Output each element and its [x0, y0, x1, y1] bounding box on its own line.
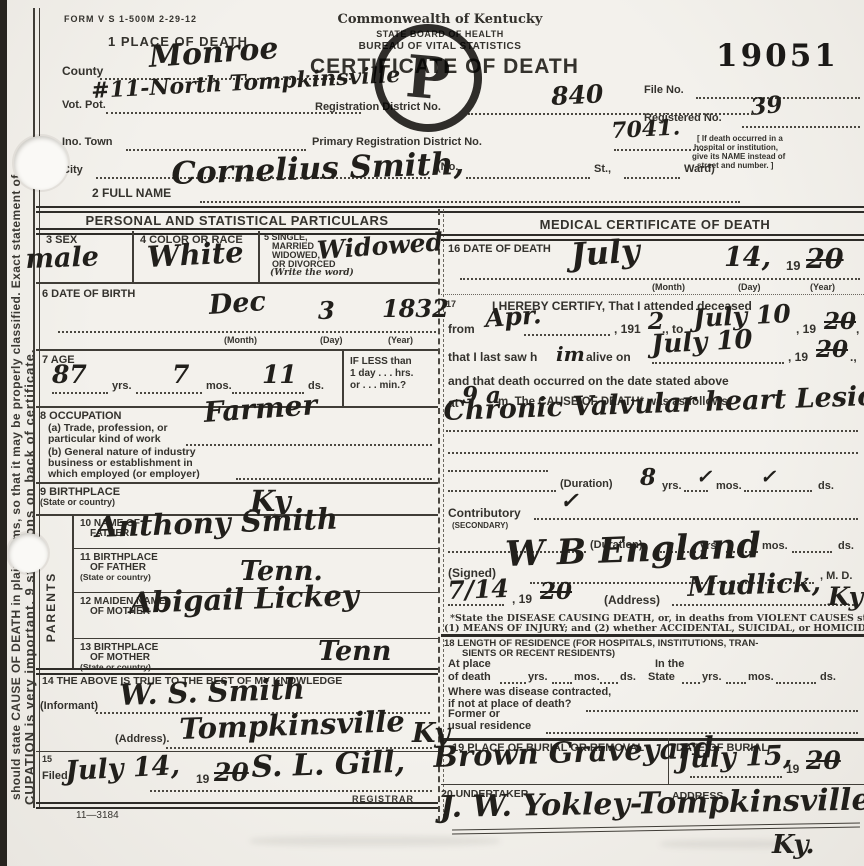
duration-dots-3	[744, 490, 812, 492]
registered-no-line	[742, 126, 860, 128]
if-less-label-3: or . . . min.?	[350, 380, 406, 391]
date-of-death-year-value: 20	[806, 244, 844, 275]
duration2-ds-label: ds.	[838, 540, 854, 552]
from-dots	[524, 334, 610, 336]
dob-label: 6 DATE OF BIRTH	[42, 288, 135, 300]
burial-date-line	[690, 776, 782, 778]
dod-day-label: (Day)	[738, 282, 761, 292]
duration-ds-label: ds.	[818, 480, 834, 492]
medical-section-title: MEDICAL CERTIFICATE OF DEATH	[446, 217, 864, 232]
county-label: County	[62, 64, 103, 78]
filed-number: 15	[42, 754, 52, 764]
registration-district-line	[468, 113, 756, 115]
primary-registration-value: 7041.	[611, 114, 681, 144]
signed-year-print: , 19	[512, 592, 532, 606]
parents-cell-divider	[72, 514, 74, 668]
if-less-label-2: 1 day . . . hrs.	[350, 368, 413, 379]
informant-value: W. S. Smith	[119, 672, 306, 712]
hole-punch-top	[14, 136, 68, 190]
res-mos-2: mos.	[748, 671, 774, 683]
res-ds-2: ds.	[820, 671, 836, 683]
occupation-a-line	[186, 444, 432, 446]
street-label: St.,	[594, 163, 611, 175]
burial-year-print: 19	[786, 762, 799, 776]
cause-line-1	[446, 430, 858, 432]
last-saw-print-2: alive on	[586, 350, 631, 364]
last-saw-dots	[652, 362, 784, 364]
to-year-print: , 19	[796, 322, 816, 336]
row1-bottom-rule	[36, 282, 438, 284]
form-code: FORM V S 1-500M 2-29-12	[64, 14, 197, 24]
duration-dots-1	[448, 490, 556, 492]
full-name-line	[200, 201, 740, 203]
age-yrs-label: yrs.	[112, 380, 132, 392]
res-yrs-1: yrs.	[528, 671, 548, 683]
if-less-box-divider	[342, 351, 344, 406]
race-value: White	[146, 235, 244, 274]
registered-no-value: 39	[749, 91, 784, 121]
physician-signature: W B England	[505, 525, 762, 575]
undertaker-value: J. W. Yokley-Tompkinsville	[439, 782, 864, 825]
ino-town-label: Ino. Town	[62, 136, 113, 148]
form-left-rule-inner	[39, 8, 40, 808]
physician-address-label: (Address)	[604, 593, 660, 607]
in-the-label: In the	[655, 658, 684, 670]
dob-year-label: (Year)	[388, 335, 413, 345]
contracted-label-1: Where was disease contracted,	[448, 686, 611, 698]
registration-district-value: 840	[550, 79, 604, 111]
dob-month-value: Dec	[208, 286, 267, 321]
footnote-line-2: (1) MEANS OF INJURY; and (2) whether ACC…	[444, 623, 864, 634]
filed-year-print: 19	[196, 772, 209, 786]
occupation-a2: particular kind of work	[48, 433, 161, 445]
ward-label: Ward)	[684, 163, 715, 175]
file-no-label: File No.	[644, 84, 684, 96]
certificate-number: 19051	[716, 38, 839, 74]
occupation-b3: which employed (or employer)	[48, 468, 200, 480]
dod-year-label: (Year)	[810, 282, 835, 292]
scan-smudge-2	[660, 840, 800, 848]
father-name-value: Anthony Smith	[95, 502, 339, 544]
last-saw-print-1: that I last saw h	[448, 350, 537, 364]
to-year-value: 20	[824, 308, 856, 335]
medical-title-rule	[441, 234, 864, 241]
last-saw-him-value: im	[556, 342, 585, 366]
last-saw-end-print: .,	[850, 350, 857, 364]
filed-label: Filed	[42, 770, 68, 782]
hospital-note-1: [ If death occurred in a	[697, 134, 783, 143]
dob-month-label: (Month)	[224, 335, 257, 345]
res-dots-5	[726, 682, 746, 684]
age-dots-1	[52, 392, 108, 394]
res-dots-1	[500, 682, 526, 684]
registrar-signature: S. L. Gill,	[251, 745, 406, 785]
date-of-death-month: July	[569, 231, 641, 274]
dob-day-value: 3	[318, 296, 335, 325]
burial-year-value: 20	[806, 746, 841, 775]
informant-address-value2: Ky	[412, 718, 450, 749]
left-column-bottom-rule	[36, 802, 438, 809]
contributory-check: ✓	[560, 488, 578, 514]
secondary-label: (SECONDARY)	[452, 521, 508, 530]
occupation-b-line	[236, 478, 432, 480]
city-no-line	[466, 177, 590, 179]
occupation-label: 8 OCCUPATION	[40, 410, 122, 422]
res-ds-1: ds.	[620, 671, 636, 683]
sex-race-divider	[132, 231, 134, 282]
former-label-1: Former or	[448, 708, 500, 720]
to-end-print: ,	[856, 322, 859, 336]
race-marital-divider	[258, 231, 260, 282]
cause-line-3	[448, 470, 548, 472]
dob-year-value: 1832	[382, 294, 449, 323]
duration2-dots-3	[792, 551, 832, 553]
residence-top-rule	[441, 634, 864, 637]
signed-date-dots	[448, 604, 504, 606]
res-dots-2	[552, 682, 572, 684]
sex-value: male	[25, 241, 100, 275]
duration2-mos-label: mos.	[762, 540, 788, 552]
ino-town-line	[126, 149, 306, 151]
mother-birthplace-value: Tenn	[318, 636, 391, 667]
filed-line	[150, 790, 432, 792]
physician-address-value: Mudlick,	[687, 567, 821, 603]
informant-label: (Informant)	[40, 700, 98, 712]
informant-address-label: (Address).	[115, 733, 169, 745]
last-saw-year-value: 20	[816, 336, 848, 363]
duration-yrs-label: yrs.	[662, 480, 682, 492]
street-line	[624, 177, 680, 179]
last-saw-value: July 10	[650, 325, 753, 360]
signed-year-value: 20	[540, 578, 572, 605]
certify-top-rule	[441, 294, 864, 295]
row-occ-bottom-rule	[36, 482, 438, 484]
date-of-death-label: 16 DATE OF DEATH	[448, 243, 551, 255]
date-of-death-day: 14,	[724, 242, 771, 273]
certify-from-label: from	[448, 322, 475, 336]
personal-section-title: PERSONAL AND STATISTICAL PARTICULARS	[36, 213, 438, 228]
row-dob-bottom-rule	[36, 349, 438, 351]
at-place-label-2: of death	[448, 671, 491, 683]
age-mos-label: mos.	[206, 380, 232, 392]
cause-line-2	[448, 452, 858, 454]
primary-registration-line	[614, 149, 706, 151]
duration-days-check: ✓	[760, 466, 776, 488]
hospital-note-2: hospital or institution,	[694, 143, 778, 152]
age-dots-2	[136, 392, 202, 394]
former-label-2: usual residence	[448, 720, 531, 732]
certify-number: 17	[446, 299, 456, 309]
burial-place-value: Brown Graveyard	[433, 730, 715, 774]
signed-date-value: 7/14	[447, 574, 509, 605]
dod-month-label: (Month)	[652, 282, 685, 292]
contracted-line	[586, 710, 858, 712]
at-place-label-1: At place	[448, 658, 491, 670]
occupation-value: Farmer	[203, 388, 318, 429]
from-year-print: , 191	[614, 322, 641, 336]
row10-bottom-rule	[72, 548, 438, 549]
contributory-line	[534, 518, 858, 520]
duration-months-check: ✓	[696, 466, 712, 488]
parents-label: PARENTS	[44, 552, 58, 662]
md-label: , M. D.	[820, 570, 852, 582]
form-left-rule-outer	[33, 8, 35, 808]
hospital-note-3: give its NAME instead of	[692, 152, 785, 161]
full-name-label: 2 FULL NAME	[92, 186, 171, 200]
dob-day-label: (Day)	[320, 335, 343, 345]
last-saw-year-print: , 19	[788, 350, 808, 364]
death-certificate-scan: should state CAUSE OF DEATH in plain ter…	[0, 0, 864, 866]
state-label: State	[648, 671, 675, 683]
p-stamp-letter: P	[404, 47, 453, 109]
contributory-label: Contributory	[448, 506, 521, 520]
res-dots-3	[600, 682, 618, 684]
header-bottom-rule	[36, 206, 864, 213]
hole-punch-middle	[8, 533, 48, 573]
scan-edge-bar	[0, 0, 7, 866]
age-days-value: 11	[262, 360, 297, 389]
father-birthplace-label-3: (State or country)	[80, 572, 151, 582]
age-years-value: 87	[52, 360, 87, 389]
scan-smudge-1	[250, 836, 500, 846]
duration-mos-label: mos.	[716, 480, 742, 492]
date-of-death-line	[460, 278, 860, 280]
birthplace-sub-label: (State or country)	[40, 497, 115, 507]
res-mos-1: mos.	[574, 671, 600, 683]
date-of-death-year-print: 19	[786, 258, 800, 273]
res-dots-6	[776, 682, 816, 684]
full-name-value: Cornelius Smith,	[171, 146, 465, 192]
duration-dots-2	[684, 490, 708, 492]
informant-address-value: Tompkinsville	[179, 704, 405, 746]
form-footer-number: 11—3184	[76, 810, 119, 821]
res-dots-4	[682, 682, 700, 684]
if-less-label-1: IF LESS than	[350, 356, 412, 367]
filed-date-value: July 14,	[64, 750, 180, 787]
filed-year-value: 20	[214, 758, 249, 787]
marital-label-5: (Write the word)	[270, 268, 354, 278]
physician-address-value2: Ky	[828, 582, 863, 611]
mother-name-value: Abigail Lickey	[129, 578, 359, 620]
res-yrs-2: yrs.	[702, 671, 722, 683]
age-months-value: 7	[172, 360, 189, 389]
duration-years-value: 8	[640, 464, 656, 491]
dob-line	[58, 331, 436, 333]
attended-from-value: Apr.	[484, 300, 542, 333]
